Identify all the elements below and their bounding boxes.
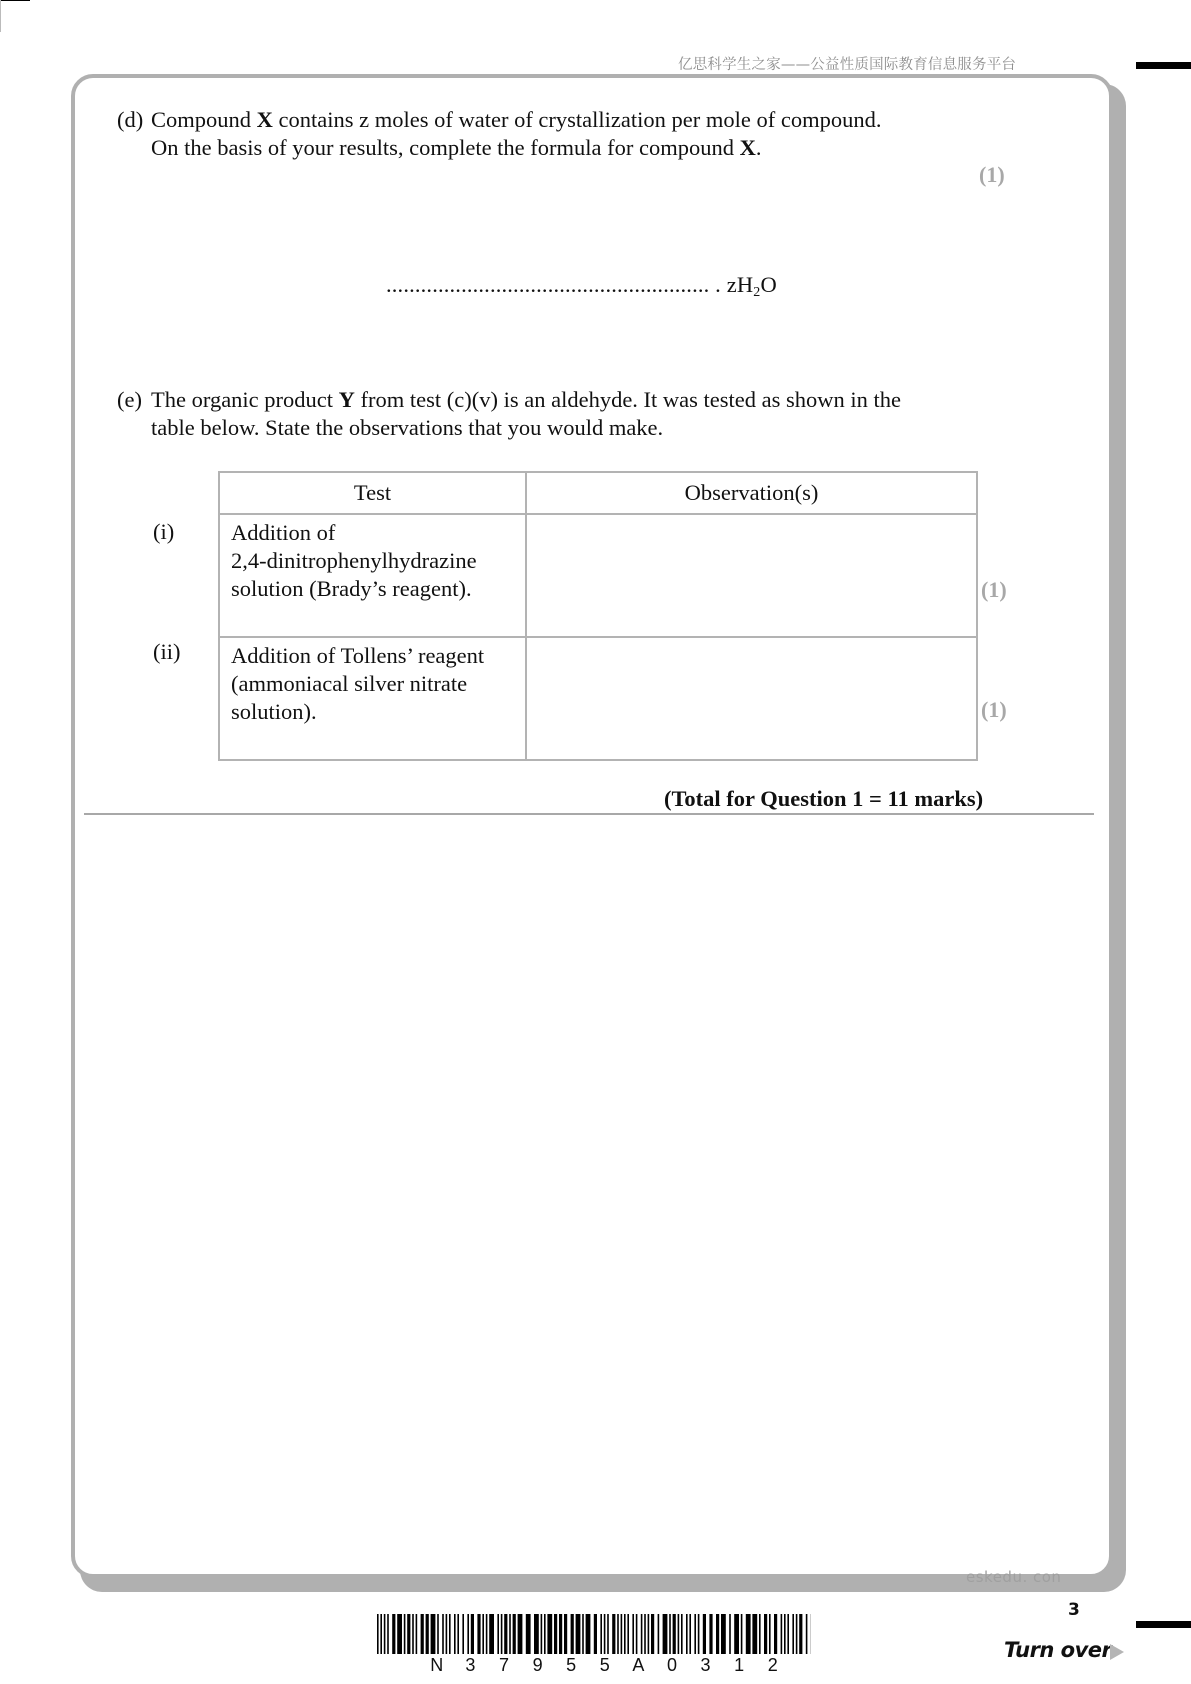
marks-d: (1) (979, 162, 1005, 188)
row-label-ii: (ii) (153, 639, 181, 665)
table-row: Addition of Tollens’ reagent (ammoniacal… (219, 637, 977, 760)
marks-e-i: (1) (981, 577, 1007, 603)
footer-watermark: eskedu. con (966, 1568, 1061, 1586)
barcode-char: N (420, 1655, 454, 1676)
header-observations: Observation(s) (526, 472, 977, 514)
barcode-char: 3 (454, 1655, 488, 1676)
question-e-label: (e) (117, 386, 142, 414)
compound-x: X (740, 135, 756, 160)
compound-x: X (257, 107, 273, 132)
header-test: Test (219, 472, 526, 514)
question-e-line1: The organic product Y from test (c)(v) i… (151, 386, 901, 414)
page-number: 3 (1068, 1600, 1080, 1620)
observation-answer-cell[interactable] (526, 637, 977, 760)
barcode-char: 0 (655, 1655, 689, 1676)
barcode-text: N37955A0312 (420, 1655, 790, 1676)
total-divider (84, 813, 1094, 815)
header-watermark: 亿思科学生之家——公益性质国际教育信息服务平台 (678, 53, 1016, 74)
barcode-char: 5 (554, 1655, 588, 1676)
product-y: Y (339, 387, 355, 412)
observation-answer-cell[interactable] (526, 514, 977, 637)
question-total: (Total for Question 1 = 11 marks) (664, 786, 983, 812)
turn-over-arrow-icon (1110, 1644, 1124, 1660)
test-cell: Addition of 2,4-dinitrophenylhydrazine s… (219, 514, 526, 637)
question-d-line1: Compound X contains z moles of water of … (151, 106, 881, 134)
marks-e-ii: (1) (981, 697, 1007, 723)
table-header-row: Test Observation(s) (219, 472, 977, 514)
barcode-char: 3 (689, 1655, 723, 1676)
question-d-line2: On the basis of your results, complete t… (151, 134, 762, 162)
barcode-char: 2 (756, 1655, 790, 1676)
answer-field-formula[interactable]: ........................................… (386, 272, 777, 301)
turn-over-label: Turn over (1004, 1638, 1111, 1662)
question-d-label: (d) (117, 106, 143, 134)
barcode-char: 7 (487, 1655, 521, 1676)
barcode-char: 1 (722, 1655, 756, 1676)
barcode (377, 1614, 811, 1654)
edge-marker-bottom (1136, 1621, 1191, 1628)
barcode-char: A (622, 1655, 656, 1676)
table-row: Addition of 2,4-dinitrophenylhydrazine s… (219, 514, 977, 637)
row-label-i: (i) (153, 519, 174, 545)
barcode-char: 5 (588, 1655, 622, 1676)
crop-mark (0, 0, 1, 32)
barcode-char: 9 (521, 1655, 555, 1676)
edge-marker-top (1136, 62, 1191, 69)
crop-mark (0, 0, 30, 1)
question-e-line2: table below. State the observations that… (151, 414, 663, 442)
test-cell: Addition of Tollens’ reagent (ammoniacal… (219, 637, 526, 760)
observation-table: Test Observation(s) Addition of 2,4-dini… (218, 471, 978, 761)
